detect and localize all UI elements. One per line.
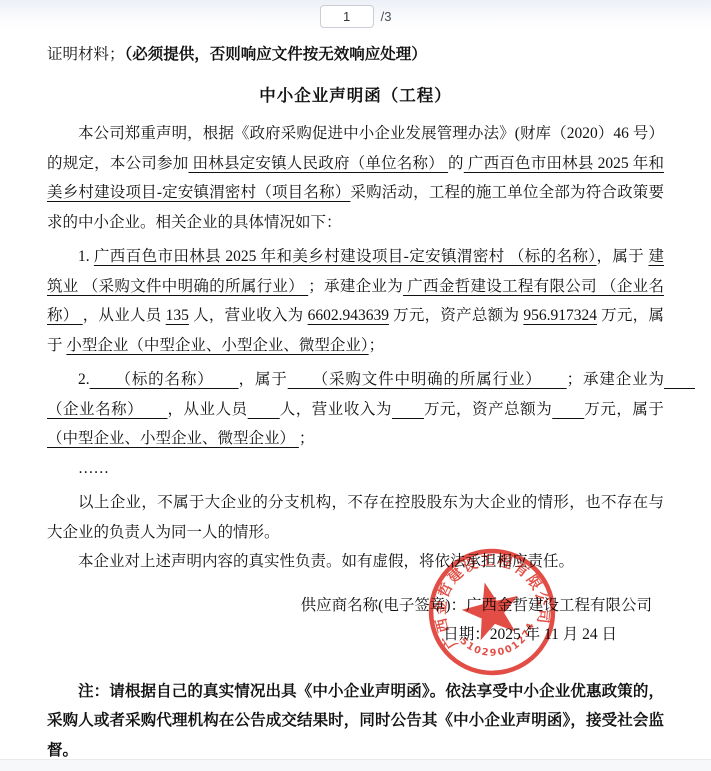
date-line: 日期：2025 年 11 月 24 日 [47,620,664,650]
no-large-enterprise-paragraph: 以上企业，不属于大企业的分支机构，不存在控股股东为大企业的情形，也不存在与大企业… [47,488,664,547]
document-title: 中小企业声明函（工程） [47,81,664,111]
document-content: 证明材料；（必须提供，否则响应文件按无效响应处理） 中小企业声明函（工程） 本公… [0,33,711,765]
page-total-label: /3 [381,9,392,24]
note-paragraph: 注：请根据自己的真实情况出具《中小企业声明函》。依法享受中小企业优惠政策的，采购… [47,677,664,766]
page-number-input[interactable] [320,5,374,28]
evidence-heading: 证明材料；（必须提供，否则响应文件按无效响应处理） [47,40,664,70]
signature-block: 供应商名称(电子签章)：广西金哲建设工程有限公司 日期：2025 年 11 月 … [47,591,664,650]
pager-toolbar: /3 [0,0,711,33]
intro-paragraph: 本公司郑重声明，根据《政府采购促进中小企业发展管理办法》(财库（2020）46 … [47,119,664,237]
footer-bar [0,759,711,771]
item-2-paragraph: 2. （标的名称） ，属于 （采购文件中明确的所属行业） ；承建企业为 （企业名… [47,365,664,454]
responsibility-paragraph: 本企业对上述声明内容的真实性负责。如有虚假，将依法承担相应责任。 [47,547,664,577]
ellipsis-line: …… [47,454,664,484]
item-1-paragraph: 1. 广西百色市田林县 2025 年和美乡村建设项目-定安镇渭密村 （标的名称）… [47,242,664,360]
document-viewer-page: /3 证明材料；（必须提供，否则响应文件按无效响应处理） 中小企业声明函（工程）… [0,0,711,771]
supplier-name-line: 供应商名称(电子签章)：广西金哲建设工程有限公司 [47,591,664,621]
